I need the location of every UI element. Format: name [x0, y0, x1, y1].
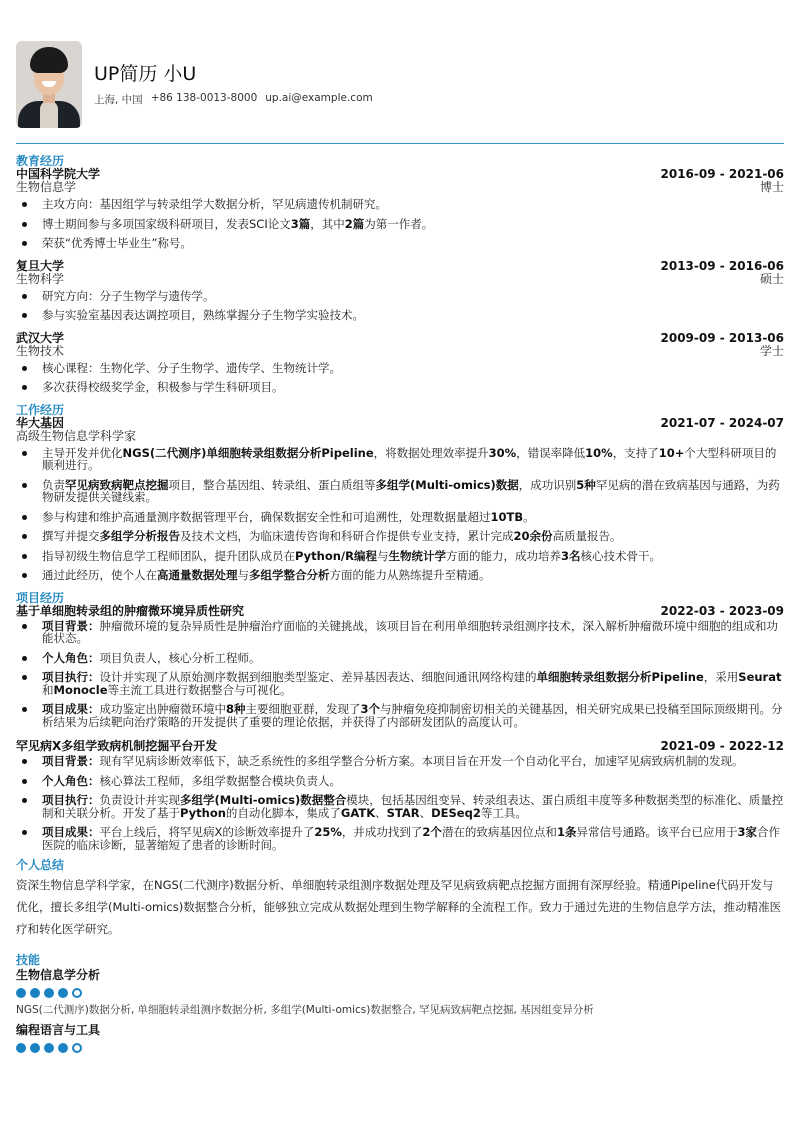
contact-line: 上海, 中国 +86 138-0013-8000 up.ai@example.c… — [94, 92, 373, 107]
bullet-item: 核心课程：生物化学、分子生物学、遗传学、生物统计学。 — [16, 362, 784, 375]
education-entry: 武汉大学 2009-09 - 2013-06 生物技术 学士 核心课程：生物化学… — [16, 332, 784, 394]
skill-item: 编程语言与工具 — [16, 1024, 784, 1053]
bullet-list: 核心课程：生物化学、分子生物学、遗传学、生物统计学。 多次获得校级奖学金，积极参… — [16, 362, 784, 394]
project-entry: 罕见病X多组学致病机制挖掘平台开发 2021-09 - 2022-12 项目背景… — [16, 740, 784, 851]
work-entry: 华大基因 2021-07 - 2024-07 高级生物信息学科学家 主导开发并优… — [16, 417, 784, 582]
education-section: 教育经历 中国科学院大学 2016-09 - 2021-06 生物信息学 博士 … — [16, 155, 784, 394]
bullet-list: 主导开发并优化NGS(二代测序)单细胞转录组数据分析Pipeline，将数据处理… — [16, 447, 784, 582]
rating-dot-empty-icon — [72, 988, 82, 998]
bullet-item: 通过此经历，使个人在高通量数据处理与多组学整合分析方面的能力从熟练提升至精通。 — [16, 569, 784, 582]
rating-dot-empty-icon — [72, 1043, 82, 1053]
location: 上海, 中国 — [94, 92, 143, 107]
company-name: 华大基因 — [16, 417, 64, 430]
bullet-item: 撰写并提交多组学分析报告及技术文档，为临床遗传咨询和科研合作提供专业支持，累计完… — [16, 530, 784, 543]
section-title-work: 工作经历 — [16, 404, 784, 417]
major: 生物技术 — [16, 345, 64, 358]
resume-page: UP简历 小U 上海, 中国 +86 138-0013-8000 up.ai@e… — [0, 0, 800, 1130]
school-name: 复旦大学 — [16, 260, 64, 273]
header-info: UP简历 小U 上海, 中国 +86 138-0013-8000 up.ai@e… — [94, 62, 373, 107]
project-entry: 基于单细胞转录组的肿瘤微环境异质性研究 2022-03 - 2023-09 项目… — [16, 605, 784, 729]
degree: 博士 — [760, 181, 784, 194]
skills-section: 技能 生物信息学分析 NGS(二代测序)数据分析, 单细胞转录组测序数据分析, … — [16, 954, 784, 1053]
bullet-list: 项目背景：现有罕见病诊断效率低下，缺乏系统性的多组学整合分析方案。本项目旨在开发… — [16, 755, 784, 851]
header-divider — [16, 143, 784, 144]
rating-dot-filled-icon — [58, 988, 68, 998]
rating-dot-filled-icon — [58, 1043, 68, 1053]
education-entry: 复旦大学 2013-09 - 2016-06 生物科学 硕士 研究方向：分子生物… — [16, 260, 784, 322]
major: 生物科学 — [16, 273, 64, 286]
date-range: 2022-03 - 2023-09 — [661, 605, 785, 618]
rating-dot-filled-icon — [16, 1043, 26, 1053]
date-range: 2021-07 - 2024-07 — [661, 417, 785, 430]
bullet-item: 荣获“优秀博士毕业生”称号。 — [16, 237, 784, 250]
email: up.ai@example.com — [265, 92, 372, 107]
phone: +86 138-0013-8000 — [151, 92, 258, 107]
date-range: 2009-09 - 2013-06 — [661, 332, 785, 345]
skill-rating — [16, 988, 784, 998]
bullet-item: 参与实验室基因表达调控项目，熟练掌握分子生物学实验技术。 — [16, 309, 784, 322]
rating-dot-filled-icon — [44, 988, 54, 998]
rating-dot-filled-icon — [16, 988, 26, 998]
bullet-item: 个人角色：核心算法工程师，多组学数据整合模块负责人。 — [16, 775, 784, 788]
bullet-item: 主攻方向：基因组学与转录组学大数据分析，罕见病遗传机制研究。 — [16, 198, 784, 211]
bullet-item: 指导初级生物信息学工程师团队，提升团队成员在Python/R编程与生物统计学方面… — [16, 550, 784, 563]
project-name: 罕见病X多组学致病机制挖掘平台开发 — [16, 740, 217, 753]
bullet-item: 主导开发并优化NGS(二代测序)单细胞转录组数据分析Pipeline，将数据处理… — [16, 447, 784, 472]
section-title-summary: 个人总结 — [16, 859, 784, 872]
work-section: 工作经历 华大基因 2021-07 - 2024-07 高级生物信息学科学家 主… — [16, 404, 784, 582]
bullet-item: 项目执行：负责设计并实现多组学(Multi-omics)数据整合模块，包括基因组… — [16, 794, 784, 819]
degree: 学士 — [760, 345, 784, 358]
date-range: 2013-09 - 2016-06 — [661, 260, 785, 273]
section-title-projects: 项目经历 — [16, 592, 784, 605]
bullet-item: 博士期间参与多项国家级科研项目，发表SCI论文3篇，其中2篇为第一作者。 — [16, 218, 784, 231]
bullet-item: 项目成果：成功鉴定出肿瘤微环境中8种主要细胞亚群，发现了3个与肿瘤免疫抑制密切相… — [16, 703, 784, 728]
school-name: 武汉大学 — [16, 332, 64, 345]
project-name: 基于单细胞转录组的肿瘤微环境异质性研究 — [16, 605, 244, 618]
skill-name: 编程语言与工具 — [16, 1024, 784, 1037]
job-title: 高级生物信息学科学家 — [16, 430, 136, 443]
rating-dot-filled-icon — [44, 1043, 54, 1053]
bullet-item: 项目执行：设计并实现了从原始测序数据到细胞类型鉴定、差异基因表达、细胞间通讯网络… — [16, 671, 784, 696]
resume-header: UP简历 小U 上海, 中国 +86 138-0013-8000 up.ai@e… — [16, 40, 373, 128]
bullet-item: 项目背景：现有罕见病诊断效率低下，缺乏系统性的多组学整合分析方案。本项目旨在开发… — [16, 755, 784, 768]
summary-section: 个人总结 资深生物信息学科学家，在NGS(二代测序)数据分析、单细胞转录组测序数… — [16, 859, 784, 940]
candidate-name: UP简历 小U — [94, 62, 373, 86]
skill-description: NGS(二代测序)数据分析, 单细胞转录组测序数据分析, 多组学(Multi-o… — [16, 1004, 784, 1016]
bullet-item: 项目成果：平台上线后，将罕见病X的诊断效率提升了25%，并成功找到了2个潜在的致… — [16, 826, 784, 851]
skill-item: 生物信息学分析 NGS(二代测序)数据分析, 单细胞转录组测序数据分析, 多组学… — [16, 969, 784, 1016]
rating-dot-filled-icon — [30, 988, 40, 998]
date-range: 2021-09 - 2022-12 — [661, 740, 785, 753]
major: 生物信息学 — [16, 181, 76, 194]
bullet-list: 研究方向：分子生物学与遗传学。 参与实验室基因表达调控项目，熟练掌握分子生物学实… — [16, 290, 784, 322]
bullet-list: 主攻方向：基因组学与转录组学大数据分析，罕见病遗传机制研究。 博士期间参与多项国… — [16, 198, 784, 250]
skill-rating — [16, 1043, 784, 1053]
resume-content: 教育经历 中国科学院大学 2016-09 - 2021-06 生物信息学 博士 … — [16, 155, 784, 1059]
bullet-item: 多次获得校级奖学金，积极参与学生科研项目。 — [16, 381, 784, 394]
bullet-item: 个人角色：项目负责人，核心分析工程师。 — [16, 652, 784, 665]
bullet-list: 项目背景：肿瘤微环境的复杂异质性是肿瘤治疗面临的关键挑战，该项目旨在利用单细胞转… — [16, 620, 784, 729]
bullet-item: 负责罕见病致病靶点挖掘项目，整合基因组、转录组、蛋白质组等多组学(Multi-o… — [16, 479, 784, 504]
degree: 硕士 — [760, 273, 784, 286]
bullet-item: 参与构建和维护高通量测序数据管理平台，确保数据安全性和可追溯性，处理数据量超过1… — [16, 511, 784, 524]
avatar — [16, 41, 82, 128]
skill-name: 生物信息学分析 — [16, 969, 784, 982]
bullet-item: 研究方向：分子生物学与遗传学。 — [16, 290, 784, 303]
summary-text: 资深生物信息学科学家，在NGS(二代测序)数据分析、单细胞转录组测序数据处理及罕… — [16, 874, 784, 940]
rating-dot-filled-icon — [30, 1043, 40, 1053]
education-entry: 中国科学院大学 2016-09 - 2021-06 生物信息学 博士 主攻方向：… — [16, 168, 784, 250]
section-title-skills: 技能 — [16, 954, 784, 967]
bullet-item: 项目背景：肿瘤微环境的复杂异质性是肿瘤治疗面临的关键挑战，该项目旨在利用单细胞转… — [16, 620, 784, 645]
projects-section: 项目经历 基于单细胞转录组的肿瘤微环境异质性研究 2022-03 - 2023-… — [16, 592, 784, 852]
